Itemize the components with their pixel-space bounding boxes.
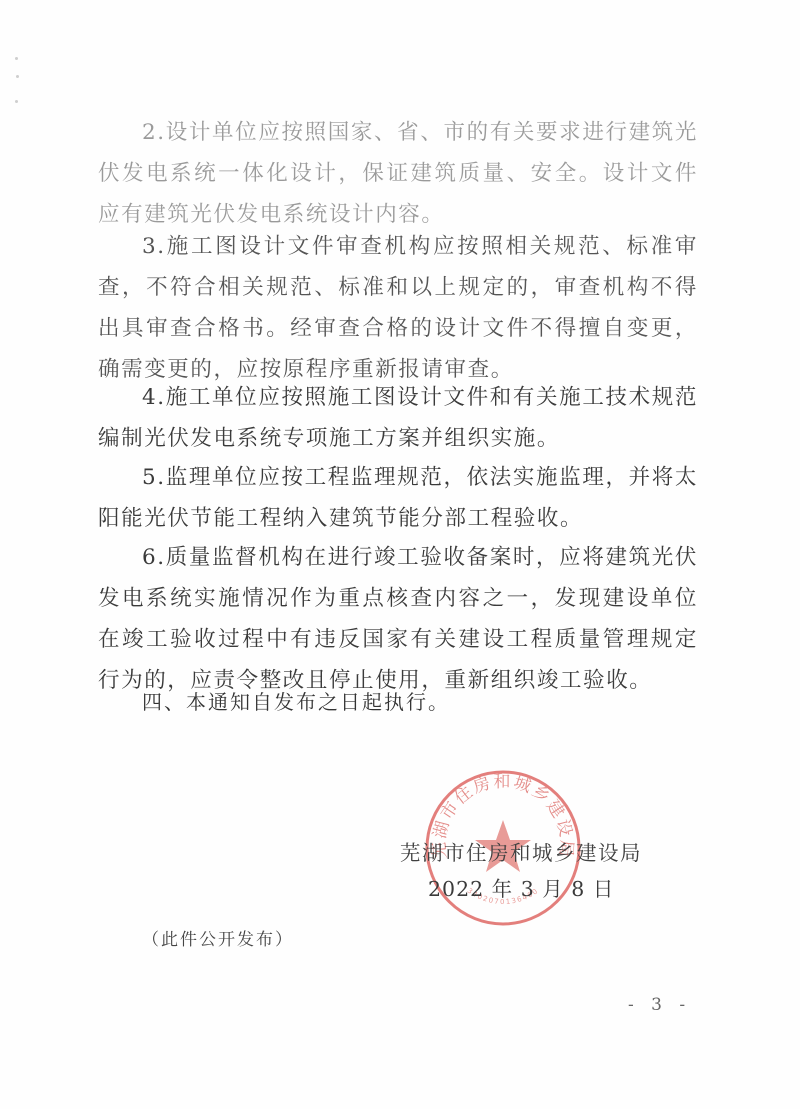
scan-mark bbox=[15, 100, 18, 103]
section-four-heading: 四、本通知自发布之日起执行。 bbox=[142, 686, 450, 715]
document-page: 2.设计单位应按照国家、省、市的有关要求进行建筑光伏发电系统一体化设计，保证建筑… bbox=[0, 0, 800, 1109]
paragraph-item-3: 3.施工图设计文件审查机构应按照相关规范、标准审查，不符合相关规范、标准和以上规… bbox=[98, 226, 698, 390]
paragraph-item-6: 6.质量监督机构在进行竣工验收备案时，应将建筑光伏发电系统实施情况作为重点核查内… bbox=[98, 537, 698, 701]
scan-mark bbox=[15, 57, 18, 60]
paragraph-item-2: 2.设计单位应按照国家、省、市的有关要求进行建筑光伏发电系统一体化设计，保证建筑… bbox=[98, 112, 698, 235]
publication-note: （此件公开发布） bbox=[142, 925, 294, 950]
paragraph-item-5: 5.监理单位应按工程监理规范，依法实施监理，并将太阳能光伏节能工程纳入建筑节能分… bbox=[98, 457, 698, 539]
page-number: - 3 - bbox=[628, 995, 691, 1015]
signing-date: 2022 年 3 月 8 日 bbox=[428, 872, 614, 902]
signing-organization: 芜湖市住房和城乡建设局 bbox=[400, 836, 642, 866]
paragraph-item-4: 4.施工单位应按照施工图设计文件和有关施工技术规范编制光伏发电系统专项施工方案并… bbox=[98, 377, 698, 459]
scan-mark bbox=[16, 75, 19, 78]
